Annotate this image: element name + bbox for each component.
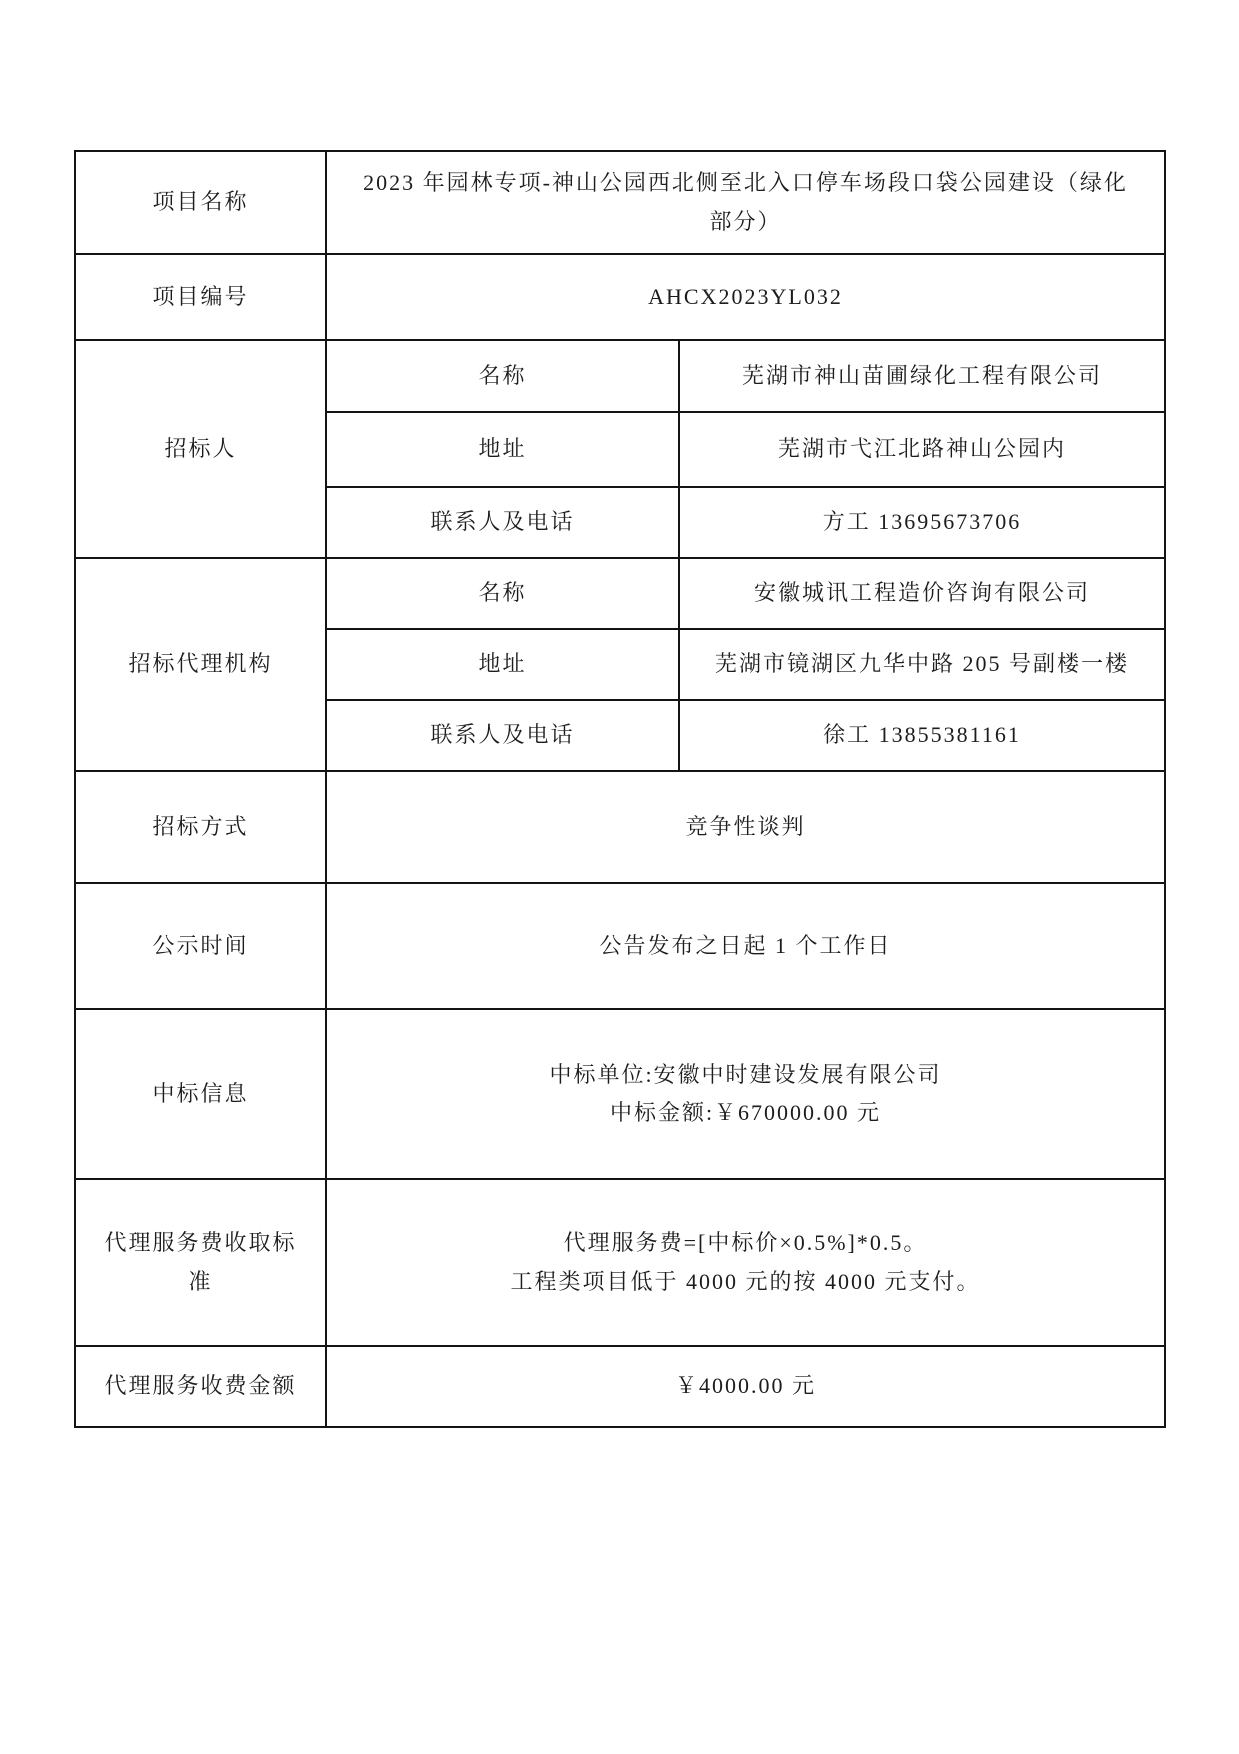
agency-fee-amount-label: 代理服务收费金额 <box>75 1346 326 1427</box>
tenderer-address-value: 芜湖市弋江北路神山公园内 <box>679 412 1165 487</box>
award-amount-line: 中标金额:￥670000.00 元 <box>337 1094 1154 1133</box>
agency-contact-label: 联系人及电话 <box>326 700 679 771</box>
bid-method-value: 竞争性谈判 <box>326 771 1165 883</box>
table-row: 招标人 名称 芜湖市神山苗圃绿化工程有限公司 <box>75 340 1165 412</box>
award-winner-line: 中标单位:安徽中时建设发展有限公司 <box>337 1056 1154 1095</box>
table-row: 项目名称 2023 年园林专项-神山公园西北侧至北入口停车场段口袋公园建设（绿化… <box>75 151 1165 254</box>
table-row: 中标信息 中标单位:安徽中时建设发展有限公司 中标金额:￥670000.00 元 <box>75 1009 1165 1179</box>
tender-announcement-table: 项目名称 2023 年园林专项-神山公园西北侧至北入口停车场段口袋公园建设（绿化… <box>74 150 1166 1428</box>
agency-contact-value: 徐工 13855381161 <box>679 700 1165 771</box>
table-row: 招标方式 竞争性谈判 <box>75 771 1165 883</box>
tenderer-name-value: 芜湖市神山苗圃绿化工程有限公司 <box>679 340 1165 412</box>
agency-fee-minimum-line: 工程类项目低于 4000 元的按 4000 元支付。 <box>337 1263 1154 1302</box>
project-number-label: 项目编号 <box>75 254 326 340</box>
table-row: 项目编号 AHCX2023YL032 <box>75 254 1165 340</box>
agency-fee-formula-line: 代理服务费=[中标价×0.5%]*0.5。 <box>337 1224 1154 1263</box>
agency-fee-standard-value: 代理服务费=[中标价×0.5%]*0.5。 工程类项目低于 4000 元的按 4… <box>326 1179 1165 1346</box>
tenderer-address-label: 地址 <box>326 412 679 487</box>
project-number-value: AHCX2023YL032 <box>326 254 1165 340</box>
tenderer-label: 招标人 <box>75 340 326 558</box>
project-name-label: 项目名称 <box>75 151 326 254</box>
bid-method-label: 招标方式 <box>75 771 326 883</box>
publicity-period-label: 公示时间 <box>75 883 326 1009</box>
agency-name-value: 安徽城讯工程造价咨询有限公司 <box>679 558 1165 629</box>
agency-name-label: 名称 <box>326 558 679 629</box>
table-row: 代理服务收费金额 ￥4000.00 元 <box>75 1346 1165 1427</box>
award-info-value: 中标单位:安徽中时建设发展有限公司 中标金额:￥670000.00 元 <box>326 1009 1165 1179</box>
table-row: 招标代理机构 名称 安徽城讯工程造价咨询有限公司 <box>75 558 1165 629</box>
agency-address-value: 芜湖市镜湖区九华中路 205 号副楼一楼 <box>679 629 1165 700</box>
agency-fee-amount-value: ￥4000.00 元 <box>326 1346 1165 1427</box>
table-row: 代理服务费收取标准 代理服务费=[中标价×0.5%]*0.5。 工程类项目低于 … <box>75 1179 1165 1346</box>
tenderer-name-label: 名称 <box>326 340 679 412</box>
project-name-value: 2023 年园林专项-神山公园西北侧至北入口停车场段口袋公园建设（绿化部分） <box>326 151 1165 254</box>
table-row: 公示时间 公告发布之日起 1 个工作日 <box>75 883 1165 1009</box>
award-info-label: 中标信息 <box>75 1009 326 1179</box>
publicity-period-value: 公告发布之日起 1 个工作日 <box>326 883 1165 1009</box>
agency-fee-standard-label: 代理服务费收取标准 <box>75 1179 326 1346</box>
document-page: 项目名称 2023 年园林专项-神山公园西北侧至北入口停车场段口袋公园建设（绿化… <box>0 0 1239 1754</box>
tenderer-contact-value: 方工 13695673706 <box>679 487 1165 558</box>
agency-address-label: 地址 <box>326 629 679 700</box>
tenderer-contact-label: 联系人及电话 <box>326 487 679 558</box>
agency-label: 招标代理机构 <box>75 558 326 771</box>
